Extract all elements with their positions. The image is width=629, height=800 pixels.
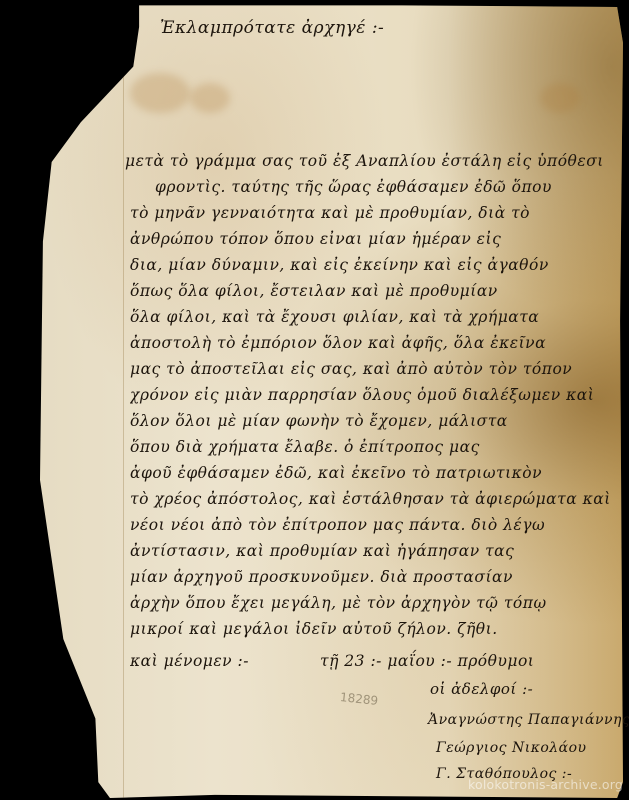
body-line: καὶ μένομεν :- xyxy=(130,652,310,670)
body-line: ἀντίστασιν, καὶ προθυμίαν καὶ ἠγάπησαν τ… xyxy=(130,542,610,560)
body-line: νέοι νέοι ἀπὸ τὸν ἐπίτροπον μας πάντα. δ… xyxy=(130,516,610,534)
stain xyxy=(130,73,190,113)
body-line: ἀνθρώπου τόπον ὅπου εἶναι μίαν ἡμέραν εἰ… xyxy=(130,230,610,248)
manuscript-scan: Ἐκλαμπρότατε ἀρχηγέ :- μετὰ τὸ γράμμα σα… xyxy=(0,0,629,800)
body-line: μετὰ τὸ γράμμα σας τοῦ ἐξ Αναπλίου ἐστάλ… xyxy=(125,152,605,170)
signature: Γεώργιος Νικολάου xyxy=(436,740,587,756)
letter-salutation: Ἐκλαμπρότατε ἀρχηγέ :- xyxy=(160,18,384,38)
closing-line: οἱ ἀδελφοί :- xyxy=(430,680,533,698)
archive-watermark: kolokotronis-archive.org xyxy=(468,777,623,792)
body-line: δια, μίαν δύναμιν, καὶ εἰς ἐκείνην καὶ ε… xyxy=(130,256,610,274)
body-line: μίαν ἀρχηγοῦ προσκυνοῦμεν. διὰ προστασία… xyxy=(130,568,610,586)
body-line: τὸ μηνᾶν γενναιότητα καὶ μὲ προθυμίαν, δ… xyxy=(130,204,610,222)
stain xyxy=(190,83,230,113)
body-line: φροντὶς. ταύτης τῆς ὥρας ἐφθάσαμεν ἐδῶ ὅ… xyxy=(155,178,629,196)
date-line: τῇ 23 :- μαΐου :- πρόθυμοι xyxy=(320,652,534,670)
body-line: χρόνον εἰς μιὰν παρρησίαν ὅλους ὁμοῦ δια… xyxy=(130,386,610,404)
body-line: τὸ χρέος ἀπόστολος, καὶ ἐστάλθησαν τὰ ἀφ… xyxy=(130,490,610,508)
signature: Ἀναγνώστης Παπαγιάννης xyxy=(428,712,629,728)
body-line: μικροί καὶ μεγάλοι ἰδεῖν αὐτοῦ ζήλον. ζῆ… xyxy=(130,620,610,638)
body-line: ὅπου διὰ χρήματα ἔλαβε. ὁ ἐπίτροπος μας xyxy=(130,438,610,456)
body-line: ἀρχὴν ὅπου ἔχει μεγάλη, μὲ τὸν ἀρχηγὸν τ… xyxy=(130,594,610,612)
body-line: ἀφοῦ ἐφθάσαμεν ἐδῶ, καὶ ἐκεῖνο τὸ πατριω… xyxy=(130,464,610,482)
body-line: ἀποστολὴ τὸ ἐμπόριον ὅλον καὶ ἀφῆς, ὅλα … xyxy=(130,334,610,352)
body-line: ὅλα φίλοι, καὶ τὰ ἔχουσι φιλίαν, καὶ τὰ … xyxy=(130,308,610,326)
body-line: ὅπως ὅλα φίλοι, ἔστειλαν καὶ μὲ προθυμία… xyxy=(130,282,610,300)
body-line: μας τὸ ἀποστεῖλαι εἰς σας, καὶ ἀπὸ αὐτὸν… xyxy=(130,360,610,378)
fold-line xyxy=(123,3,124,798)
stain xyxy=(540,83,580,113)
body-line: ὅλον ὅλοι μὲ μίαν φωνὴν τὸ ἔχομεν, μάλισ… xyxy=(130,412,610,430)
